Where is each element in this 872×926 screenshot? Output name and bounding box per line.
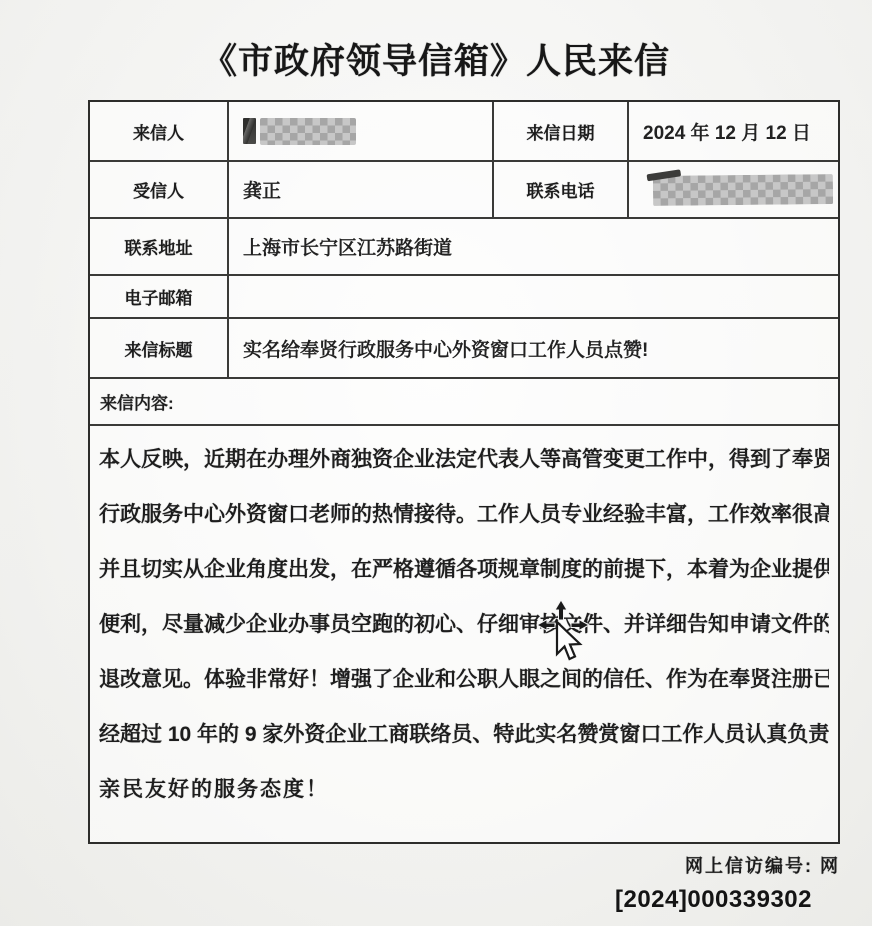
table-row: 电子邮箱 <box>90 274 838 317</box>
subject-value: 实名给奉贤行政服务中心外资窗口工作人员点赞! <box>227 319 838 377</box>
content-line: 经超过 10 年的 9 家外资企业工商联络员、特此实名赞赏窗口工作人员认真负责， <box>99 707 829 762</box>
content-line: 行政服务中心外资窗口老师的热情接待。工作人员专业经验丰富，工作效率很高， <box>99 487 829 542</box>
online-petition-number-label: 网上信访编号: 网 <box>685 852 840 878</box>
subject-label: 来信标题 <box>90 319 227 377</box>
table-row: 联系地址 上海市长宁区江苏路街道 <box>90 217 838 274</box>
sender-value <box>227 102 492 160</box>
table-row: 受信人 龚正 联系电话 <box>90 160 838 217</box>
redacted-name-fragment <box>243 118 256 144</box>
address-label: 联系地址 <box>90 219 227 274</box>
phone-value <box>627 162 838 217</box>
content-header-label: 来信内容: <box>90 377 838 424</box>
page-title: 《市政府领导信箱》人民来信 <box>0 34 872 84</box>
content-line: 并且切实从企业角度出发，在严格遵循各项规章制度的前提下，本着为企业提供 <box>99 542 829 597</box>
date-label: 来信日期 <box>492 102 627 160</box>
content-line: 本人反映，近期在办理外商独资企业法定代表人等高管变更工作中，得到了奉贤 <box>99 432 829 487</box>
recipient-value: 龚正 <box>227 162 492 217</box>
redacted-phone-mosaic <box>653 174 833 206</box>
email-label: 电子邮箱 <box>90 276 227 317</box>
letter-content: 本人反映，近期在办理外商独资企业法定代表人等高管变更工作中，得到了奉贤 行政服务… <box>90 424 838 842</box>
table-row: 来信标题 实名给奉贤行政服务中心外资窗口工作人员点赞! <box>90 317 838 377</box>
sender-label: 来信人 <box>90 102 227 160</box>
recipient-label: 受信人 <box>90 162 227 217</box>
email-value <box>227 276 838 317</box>
content-line: 亲民友好的服务态度！ <box>99 762 829 817</box>
address-value: 上海市长宁区江苏路街道 <box>227 219 838 274</box>
content-line: 退改意见。体验非常好！增强了企业和公职人眼之间的信任、作为在奉贤注册已 <box>99 652 829 707</box>
table-row: 来信人 来信日期 2024 年 12 月 12 日 <box>90 102 838 160</box>
phone-label: 联系电话 <box>492 162 627 217</box>
date-value: 2024 年 12 月 12 日 <box>627 102 838 160</box>
redacted-name-mosaic <box>260 118 356 145</box>
content-line: 便利，尽量减少企业办事员空跑的初心、仔细审核文件、并详细告知申请文件的 <box>99 597 829 652</box>
online-petition-number-value: [2024]000339302 <box>615 886 812 914</box>
letter-form-table: 来信人 来信日期 2024 年 12 月 12 日 受信人 龚正 联系电话 联系… <box>88 100 840 844</box>
